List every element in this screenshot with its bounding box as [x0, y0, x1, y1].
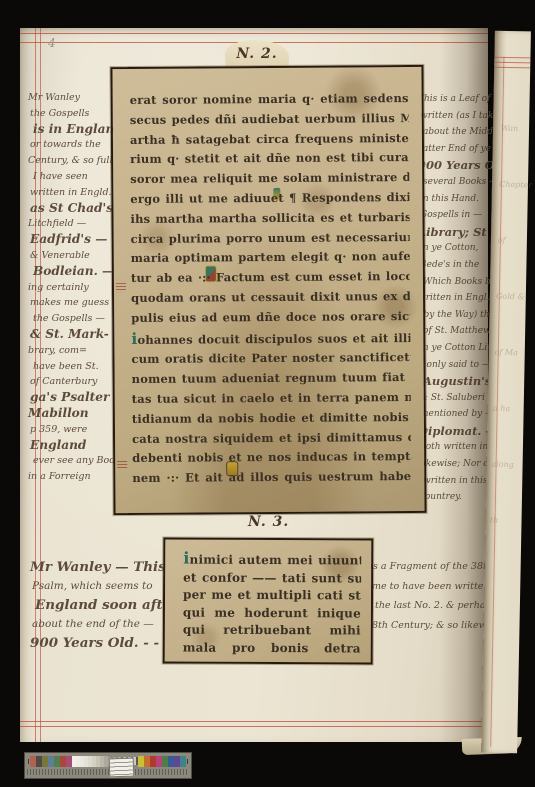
left-note-line-14: makes me guess: [30, 295, 116, 311]
left-note-line-3: is in England.: [33, 122, 116, 138]
right-note-bottom-line-1: is a Fragment of the 38th. —: [370, 557, 492, 577]
right-note-line-24: written in this hand: [423, 473, 492, 490]
left-note-line-23: England: [30, 438, 116, 454]
right-note-bottom-line-3: the last No. 2. & perhaps: [375, 596, 492, 616]
n3-line-5: qui retribuebant mihi: [183, 622, 361, 640]
left-note-line-20: ga's Psalter: [30, 390, 116, 406]
fragment-n3-lines: inimici autem mei uiuuntet confor —— tat…: [183, 550, 362, 658]
n2-line-13: iohannes docuit discipulos suos et ait i…: [131, 327, 410, 351]
right-note-lines: This is a Leaf ofwritten (as I takeabout…: [420, 91, 492, 506]
right-note-line-7: in this Hand.: [420, 191, 492, 208]
left-note-top-lines: Mr Wanleythe Gospellsis in England.or to…: [30, 90, 116, 485]
n2-line-19: debenti nobis et ne nos inducas in tempt…: [132, 447, 411, 469]
n3-label: N. 3.: [248, 514, 289, 530]
right-note-bottom-line-2: me to have been written in: [372, 577, 492, 597]
next-page-ruling-3: [494, 67, 530, 69]
n2-line-12: pulis eius ad eum dñe doce nos orare sic…: [131, 307, 410, 329]
n3-line-2: et confor —— tati sunt su: [183, 569, 361, 587]
n2-line-2: secus pedes dñi audiebat uerbum illius M: [130, 109, 409, 131]
left-note-line-25: in a Forreign: [28, 469, 116, 485]
left-note-line-12: Bodleian. —: [33, 264, 116, 280]
n2-line-20: nem ·:· Et ait ad illos quis uestrum hab…: [132, 467, 411, 489]
right-note-line-9: Library; St: [418, 224, 492, 241]
registration-dot-left: [28, 759, 29, 764]
manuscript-fragment-n2: erat soror nomine maria q· etiam sedenss…: [110, 65, 426, 515]
left-note-line-19: of Canterbury: [30, 374, 116, 390]
registration-dot-right: [187, 759, 188, 764]
next-page-ruling-2: [494, 62, 530, 64]
n2-line-18: cata nostra siquidem et ipsi dimittamus …: [132, 428, 411, 450]
n2-line-7: ihs martha martha sollicita es et turbar…: [130, 208, 409, 230]
page-number: 4: [48, 36, 56, 50]
left-note-line-7: written in Engld.: [30, 185, 116, 201]
n2-line-8: circa plurima porro unum est necessarium: [131, 228, 410, 250]
left-note-line-1: Mr Wanley: [28, 90, 116, 106]
right-note-bottom-lines: is a Fragment of the 38th. —me to have b…: [372, 557, 492, 635]
right-note-line-4: latter End of ye 8th: [420, 141, 492, 158]
faint-line-2: Chapter of: [497, 157, 533, 270]
left-note-line-10: Eadfrid's —: [30, 232, 116, 248]
color-calibration-bar: [24, 752, 192, 779]
patch-right-8: [180, 756, 186, 767]
n3-line-1: inimici autem mei uiuunt: [183, 550, 361, 570]
n2-line-15: nomen tuum adueniat regnum tuum fiat uol…: [132, 368, 411, 390]
faint-line-5: a ha: [492, 381, 526, 438]
right-note-bottom-line-4: 8th Century; & so likewise: [372, 616, 492, 636]
left-note-bottom-line-1: Mr Wanley — This: [30, 558, 166, 577]
left-note-line-16: & St. Mark-: [30, 327, 116, 343]
right-note-line-15: of St. Matthew: [423, 323, 492, 340]
n2-line-17: tidianum da nobis hodie et dimitte nobis…: [132, 408, 411, 430]
left-note-line-9: Litchfield —: [28, 216, 116, 232]
manuscript-photo: 4 (2) N. 2. N. 3. Mr Wanleythe Gospellsi…: [0, 0, 535, 787]
right-note-line-19: & St. Saluberi: [420, 390, 492, 407]
right-note-line-1: This is a Leaf of: [418, 91, 492, 108]
ruling-bottom-line-2: [20, 726, 488, 727]
right-note-line-13: written in Engl.: [418, 290, 492, 307]
n2-label-tab: N. 2.: [226, 40, 288, 68]
n2-line-10: tur ab ea ·:· Factum est cum esset in lo…: [131, 267, 410, 289]
left-note-line-22: p 359, were: [30, 422, 116, 438]
n3-line-6: mala pro bonis detra: [183, 639, 361, 657]
color-bar-right-patches: [138, 756, 186, 767]
left-note-line-15: the Gospells —: [33, 311, 116, 327]
marginal-gloss-1: [116, 283, 126, 292]
faint-line-6: along th: [489, 437, 525, 550]
color-bar-label: [109, 758, 135, 778]
right-note-line-12: Which Books be: [423, 274, 492, 291]
right-note-line-17: monly said to —: [418, 357, 492, 374]
n2-label: N. 2.: [236, 46, 277, 62]
left-note-bottom-line-4: about the end of the —: [32, 615, 166, 634]
color-bar-microtext: [27, 769, 189, 775]
ruling-top-line-1: [20, 33, 488, 34]
marginal-gloss-2: [117, 461, 127, 470]
left-note-line-11: & Venerable: [30, 248, 116, 264]
right-note-line-23: likewise; Nor did I: [420, 456, 492, 473]
right-note-line-25: Countrey.: [418, 489, 492, 506]
left-note-line-24: ever see any Book: [33, 453, 116, 469]
right-note-line-2: written (as I take: [420, 108, 492, 125]
next-page-faint-text: WanChapter ofGold &of Maa haalong th: [489, 101, 534, 550]
right-note-line-21: Diplomat. —: [418, 423, 492, 440]
faint-line-4: of Ma: [494, 325, 528, 382]
right-note-line-6: several Books —: [423, 174, 492, 191]
faint-line-3: Gold &: [495, 269, 529, 326]
left-note-line-13: ing certainly: [28, 280, 116, 296]
left-note-line-21: Mabillon: [28, 406, 116, 422]
n2-line-1: erat soror nomine maria q· etiam sedens: [130, 89, 409, 111]
left-note-bottom-line-2: Psalm, which seems to: [32, 577, 166, 596]
n2-line-9: maria optimam partem elegit q· non aufer…: [131, 247, 410, 269]
next-page-ruling-1: [494, 57, 530, 59]
n2-line-3: artha ħ satagebat circa frequens ministe: [130, 129, 409, 151]
fragment-n2-lines: erat soror nomine maria q· etiam sedenss…: [130, 89, 412, 489]
n3-line-3: per me et multipli cati st: [183, 587, 361, 605]
right-note-line-20: mentioned by —: [420, 406, 492, 423]
n3-line-4: qui me hoderunt inique: [183, 604, 361, 622]
color-bar-left-patches: [30, 756, 72, 767]
left-note-line-5: Century, & so full: [28, 153, 116, 169]
right-note-line-11: Bede's in the: [420, 257, 492, 274]
right-note-line-16: in ye Cotton Li=: [420, 340, 492, 357]
n2-line-11: quodam orans ut cessauit dixit unus ex d…: [131, 287, 410, 309]
n2-line-14: cum oratis dicite Pater noster sanctific…: [131, 348, 410, 370]
n2-line-4: rium q· stetit et ait dñe non est tibi c…: [130, 148, 409, 170]
right-note-line-10: in ye Cotton,: [420, 240, 492, 257]
faint-line-1: Wan: [500, 101, 534, 158]
left-note-line-2: the Gospells: [30, 106, 116, 122]
n2-line-5: soror mea reliquit me solam ministrare d…: [130, 168, 409, 190]
right-note-line-22: both written in —: [420, 439, 492, 456]
left-note-bottom-lines: Mr Wanley — ThisPsalm, which seems toEng…: [32, 558, 166, 653]
left-note-bottom-line-5: 900 Years Old. - -: [30, 634, 166, 653]
right-note-line-8: Gospells in —: [420, 207, 492, 224]
left-note-line-17: brary, com=: [28, 343, 116, 359]
left-note-line-4: or towards the: [30, 137, 116, 153]
right-note-line-3: about the Middle: [423, 124, 492, 141]
left-note-line-8: as St Chad's: [30, 201, 116, 217]
n2-line-6: ergo illi ut me adiuuet ¶ Respondens dix…: [130, 188, 409, 210]
color-bar-light-steps: [72, 756, 108, 767]
left-note-bottom-line-3: England soon after: [35, 596, 166, 615]
left-note-line-18: have been St.: [33, 359, 116, 375]
ruling-bottom-line-1: [20, 721, 488, 722]
n2-line-16: tas tua sicut in caelo et in terra panem…: [132, 388, 411, 410]
left-note-line-6: I have seen: [33, 169, 116, 185]
manuscript-fragment-n3: inimici autem mei uiuuntet confor —— tat…: [163, 537, 374, 664]
right-note-line-18: Augustin's: [423, 373, 492, 390]
right-note-line-14: (by the Way) that: [420, 307, 492, 324]
right-note-line-5: 900 Years Old.: [418, 157, 492, 174]
